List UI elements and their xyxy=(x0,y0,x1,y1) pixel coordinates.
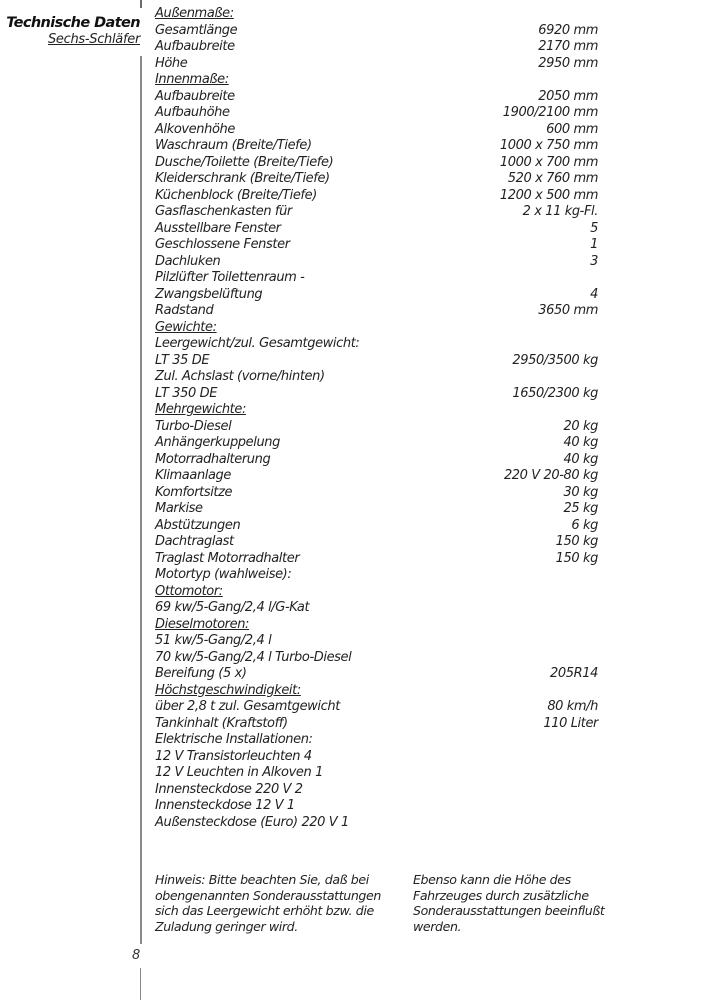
spec-label: Dieselmotoren: xyxy=(155,617,249,634)
spec-value: 5 xyxy=(590,221,598,238)
spec-row: Dusche/Toilette (Breite/Tiefe)1000 x 700… xyxy=(155,155,598,172)
spec-row: 12 V Leuchten in Alkoven 1 xyxy=(155,765,598,782)
spec-label: Mehrgewichte: xyxy=(155,402,246,419)
spec-label: Aufbaubreite xyxy=(155,39,235,56)
spec-label: 12 V Transistorleuchten 4 xyxy=(155,749,312,766)
spec-row: Aufbauhöhe1900/2100 mm xyxy=(155,105,598,122)
spec-row: Markise25 kg xyxy=(155,501,598,518)
spec-row: Bereifung (5 x)205R14 xyxy=(155,666,598,683)
spec-label: Anhängerkuppelung xyxy=(155,435,280,452)
spec-row: Turbo-Diesel20 kg xyxy=(155,419,598,436)
spec-label: Zwangsbelüftung xyxy=(155,287,262,304)
spec-value: 150 kg xyxy=(556,534,598,551)
spec-label: Gasflaschenkasten für xyxy=(155,204,292,221)
spec-row: LT 350 DE1650/2300 kg xyxy=(155,386,598,403)
spec-value: 80 km/h xyxy=(547,699,598,716)
spec-label: Höhe xyxy=(155,56,187,73)
spec-row: 70 kw/5-Gang/2,4 l Turbo-Diesel xyxy=(155,650,598,667)
spec-row: Motorradhalterung40 kg xyxy=(155,452,598,469)
spec-section-heading: Mehrgewichte: xyxy=(155,402,598,419)
spec-row: Anhängerkuppelung40 kg xyxy=(155,435,598,452)
spec-value: 1650/2300 kg xyxy=(512,386,598,403)
spec-label: Traglast Motorradhalter xyxy=(155,551,299,568)
spec-label: Klimaanlage xyxy=(155,468,231,485)
spec-row: Radstand3650 mm xyxy=(155,303,598,320)
spec-label: 12 V Leuchten in Alkoven 1 xyxy=(155,765,323,782)
spec-row: LT 35 DE2950/3500 kg xyxy=(155,353,598,370)
spec-label: Turbo-Diesel xyxy=(155,419,231,436)
spec-label: Waschraum (Breite/Tiefe) xyxy=(155,138,312,155)
section-header: Technische Daten Sechs-Schläfer xyxy=(6,14,140,48)
spec-label: über 2,8 t zul. Gesamtgewicht xyxy=(155,699,340,716)
spec-row: Leergewicht/zul. Gesamtgewicht: xyxy=(155,336,598,353)
spec-row: Dachluken3 xyxy=(155,254,598,271)
spec-row: 51 kw/5-Gang/2,4 l xyxy=(155,633,598,650)
spec-row: Waschraum (Breite/Tiefe)1000 x 750 mm xyxy=(155,138,598,155)
spec-label: LT 35 DE xyxy=(155,353,209,370)
spec-label: Motortyp (wahlweise): xyxy=(155,567,291,584)
spec-label: Leergewicht/zul. Gesamtgewicht: xyxy=(155,336,359,353)
page-number: 8 xyxy=(132,948,140,963)
spec-row: Elektrische Installationen: xyxy=(155,732,598,749)
spec-row: Ausstellbare Fenster5 xyxy=(155,221,598,238)
spec-label: Zul. Achslast (vorne/hinten) xyxy=(155,369,325,386)
spec-row: Außensteckdose (Euro) 220 V 1 xyxy=(155,815,598,832)
spec-value: 1900/2100 mm xyxy=(503,105,598,122)
spec-label: Komfortsitze xyxy=(155,485,232,502)
spec-row: Gasflaschenkasten für2 x 11 kg-Fl. xyxy=(155,204,598,221)
spec-value: 1 xyxy=(590,237,598,254)
spec-label: 51 kw/5-Gang/2,4 l xyxy=(155,633,271,650)
spec-row: Innensteckdose 220 V 2 xyxy=(155,782,598,799)
spec-row: Tankinhalt (Kraftstoff)110 Liter xyxy=(155,716,598,733)
spec-label: Gewichte: xyxy=(155,320,217,337)
spec-value: 30 kg xyxy=(564,485,598,502)
spec-section-heading: Höchstgeschwindigkeit: xyxy=(155,683,598,700)
spec-value: 1200 x 500 mm xyxy=(500,188,598,205)
spec-row: Kleiderschrank (Breite/Tiefe)520 x 760 m… xyxy=(155,171,598,188)
spec-label: Bereifung (5 x) xyxy=(155,666,247,683)
spec-value: 1000 x 750 mm xyxy=(500,138,598,155)
spec-row: Aufbaubreite2050 mm xyxy=(155,89,598,106)
spec-label: Markise xyxy=(155,501,203,518)
spec-row: Geschlossene Fenster1 xyxy=(155,237,598,254)
margin-rule-top xyxy=(140,0,142,8)
spec-section-heading: Ottomotor: xyxy=(155,584,598,601)
spec-label: Ottomotor: xyxy=(155,584,223,601)
spec-row: Alkovenhöhe600 mm xyxy=(155,122,598,139)
margin-rule-bottom xyxy=(140,968,141,1000)
spec-label: Kleiderschrank (Breite/Tiefe) xyxy=(155,171,330,188)
notes: Hinweis: Bitte beachten Sie, daß bei obe… xyxy=(155,872,633,934)
spec-row: Motortyp (wahlweise): xyxy=(155,567,598,584)
spec-row: 12 V Transistorleuchten 4 xyxy=(155,749,598,766)
spec-row: über 2,8 t zul. Gesamtgewicht80 km/h xyxy=(155,699,598,716)
note-height: Ebenso kann die Höhe des Fahrzeuges durc… xyxy=(413,872,633,934)
spec-label: LT 350 DE xyxy=(155,386,217,403)
spec-label: Motorradhalterung xyxy=(155,452,270,469)
spec-section-heading: Dieselmotoren: xyxy=(155,617,598,634)
spec-label: Innensteckdose 12 V 1 xyxy=(155,798,295,815)
spec-row: Abstützungen6 kg xyxy=(155,518,598,535)
spec-label: Aufbaubreite xyxy=(155,89,235,106)
spec-label: 69 kw/5-Gang/2,4 l/G-Kat xyxy=(155,600,309,617)
spec-value: 150 kg xyxy=(556,551,598,568)
spec-table: Außenmaße:Gesamtlänge6920 mmAufbaubreite… xyxy=(155,6,598,831)
spec-section-heading: Innenmaße: xyxy=(155,72,598,89)
spec-label: Dachluken xyxy=(155,254,220,271)
spec-label: Innenmaße: xyxy=(155,72,229,89)
spec-label: Ausstellbare Fenster xyxy=(155,221,281,238)
spec-value: 2950/3500 kg xyxy=(512,353,598,370)
spec-label: Küchenblock (Breite/Tiefe) xyxy=(155,188,317,205)
spec-row: Komfortsitze30 kg xyxy=(155,485,598,502)
spec-value: 2 x 11 kg-Fl. xyxy=(523,204,598,221)
spec-value: 25 kg xyxy=(564,501,598,518)
spec-label: Dachtraglast xyxy=(155,534,234,551)
spec-label: Abstützungen xyxy=(155,518,240,535)
spec-row: Küchenblock (Breite/Tiefe)1200 x 500 mm xyxy=(155,188,598,205)
spec-label: Gesamtlänge xyxy=(155,23,237,40)
spec-row: Pilzlüfter Toilettenraum - xyxy=(155,270,598,287)
spec-row: Höhe2950 mm xyxy=(155,56,598,73)
spec-label: Dusche/Toilette (Breite/Tiefe) xyxy=(155,155,333,172)
spec-row: Zwangsbelüftung4 xyxy=(155,287,598,304)
spec-row: Aufbaubreite2170 mm xyxy=(155,39,598,56)
spec-label: 70 kw/5-Gang/2,4 l Turbo-Diesel xyxy=(155,650,351,667)
spec-row: Traglast Motorradhalter150 kg xyxy=(155,551,598,568)
spec-value: 110 Liter xyxy=(543,716,598,733)
spec-row: 69 kw/5-Gang/2,4 l/G-Kat xyxy=(155,600,598,617)
spec-row: Dachtraglast150 kg xyxy=(155,534,598,551)
spec-value: 220 V 20-80 kg xyxy=(504,468,598,485)
spec-value: 1000 x 700 mm xyxy=(500,155,598,172)
page-title: Technische Daten xyxy=(6,14,140,32)
spec-row: Zul. Achslast (vorne/hinten) xyxy=(155,369,598,386)
spec-value: 2050 mm xyxy=(538,89,598,106)
spec-label: Tankinhalt (Kraftstoff) xyxy=(155,716,288,733)
margin-rule xyxy=(140,56,142,944)
spec-label: Innensteckdose 220 V 2 xyxy=(155,782,303,799)
spec-label: Aufbauhöhe xyxy=(155,105,230,122)
spec-label: Außenmaße: xyxy=(155,6,234,23)
spec-label: Alkovenhöhe xyxy=(155,122,235,139)
spec-section-heading: Außenmaße: xyxy=(155,6,598,23)
spec-row: Klimaanlage220 V 20-80 kg xyxy=(155,468,598,485)
spec-value: 2950 mm xyxy=(538,56,598,73)
page-subtitle: Sechs-Schläfer xyxy=(6,32,140,48)
spec-value: 6 kg xyxy=(571,518,598,535)
spec-value: 6920 mm xyxy=(538,23,598,40)
spec-label: Elektrische Installationen: xyxy=(155,732,313,749)
spec-value: 40 kg xyxy=(564,452,598,469)
spec-label: Höchstgeschwindigkeit: xyxy=(155,683,301,700)
spec-value: 3 xyxy=(590,254,598,271)
spec-value: 20 kg xyxy=(564,419,598,436)
spec-label: Radstand xyxy=(155,303,213,320)
spec-value: 3650 mm xyxy=(538,303,598,320)
spec-label: Außensteckdose (Euro) 220 V 1 xyxy=(155,815,349,832)
spec-value: 40 kg xyxy=(564,435,598,452)
spec-value: 600 mm xyxy=(546,122,598,139)
spec-value: 520 x 760 mm xyxy=(508,171,598,188)
spec-value: 2170 mm xyxy=(538,39,598,56)
spec-section-heading: Gewichte: xyxy=(155,320,598,337)
spec-value: 4 xyxy=(590,287,598,304)
spec-label: Pilzlüfter Toilettenraum - xyxy=(155,270,304,287)
spec-label: Geschlossene Fenster xyxy=(155,237,290,254)
spec-row: Gesamtlänge6920 mm xyxy=(155,23,598,40)
spec-value: 205R14 xyxy=(550,666,598,683)
note-weight: Hinweis: Bitte beachten Sie, daß bei obe… xyxy=(155,872,393,934)
spec-row: Innensteckdose 12 V 1 xyxy=(155,798,598,815)
